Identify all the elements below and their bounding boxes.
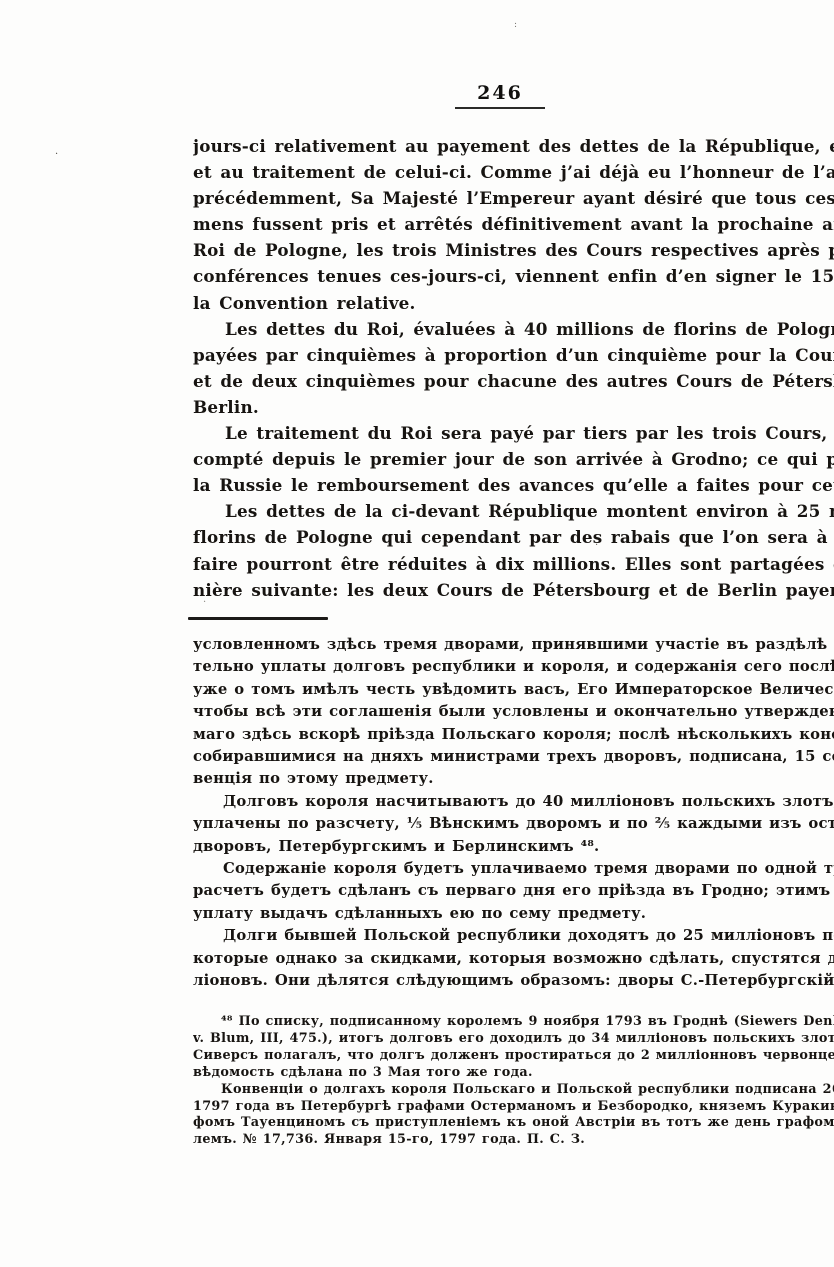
text-line: et au traitement de celui-ci. Comme j’ai… bbox=[193, 159, 834, 185]
scanned-book-page: : · · · 246 jours-ci relativement au pay… bbox=[0, 0, 834, 1267]
scan-speck-left-margin: · bbox=[55, 150, 58, 160]
text-line: nière suivante: les deux Cours de Péters… bbox=[193, 577, 834, 603]
text-line: et de deux cinquièmes pour chacune des a… bbox=[193, 368, 834, 394]
text-line: mens fussent pris et arrêtés définitivem… bbox=[193, 211, 834, 237]
text-line: la Convention relative. bbox=[193, 290, 834, 316]
french-text-block: jours-ci relativement au payement des de… bbox=[193, 133, 834, 603]
text-line: jours-ci relativement au payement des de… bbox=[193, 133, 834, 159]
text-line: дворовъ, Петербургскимъ и Берлинскимъ ⁴⁸… bbox=[193, 836, 834, 858]
text-line: которые однако за скидками, которыя возм… bbox=[193, 948, 834, 970]
text-line: Конвенціи о долгахъ короля Польскаго и П… bbox=[193, 1082, 834, 1099]
text-line: compté depuis le premier jour de son arr… bbox=[193, 446, 834, 472]
text-line: Сиверсъ полагалъ, что долгъ долженъ прос… bbox=[193, 1048, 834, 1065]
text-line: ⁴⁸ По списку, подписанному королемъ 9 но… bbox=[193, 1014, 834, 1031]
russian-translation-block: условленномъ здѣсь тремя дворами, приняв… bbox=[193, 634, 834, 993]
text-line: payées par cinquièmes à proportion d’un … bbox=[193, 342, 834, 368]
text-line: la Russie le remboursement des avances q… bbox=[193, 472, 834, 498]
page-number: 246 bbox=[455, 82, 545, 109]
text-line: 1797 года въ Петербургѣ графами Остерман… bbox=[193, 1099, 834, 1116]
text-line: Долговъ короля насчитываютъ до 40 милліо… bbox=[193, 791, 834, 813]
text-line: Les dettes du Roi, évaluées à 40 million… bbox=[193, 316, 834, 342]
footnote-block: ⁴⁸ По списку, подписанному королемъ 9 но… bbox=[193, 1014, 834, 1149]
text-line: уплачены по разсчету, ⅕ Вѣнскимъ дворомъ… bbox=[193, 813, 834, 835]
text-line: условленномъ здѣсь тремя дворами, приняв… bbox=[193, 634, 834, 656]
text-line: précédemment, Sa Majesté l’Empereur ayan… bbox=[193, 185, 834, 211]
page-header: 246 bbox=[452, 82, 548, 109]
text-line: лемъ. № 17,736. Января 15-го, 1797 года.… bbox=[193, 1132, 834, 1149]
text-line: собиравшимися на дняхъ министрами трехъ … bbox=[193, 746, 834, 768]
text-line: вѣдомость сдѣлана по 3 Мая того же года. bbox=[193, 1065, 834, 1082]
text-line: уплату выдачъ сдѣланныхъ ею по сему пред… bbox=[193, 903, 834, 925]
section-separator-rule bbox=[188, 617, 328, 620]
text-line: Le traitement du Roi sera payé par tiers… bbox=[193, 420, 834, 446]
scan-speck-top: : bbox=[514, 20, 517, 30]
text-line: ліоновъ. Они дѣлятся слѣдующимъ образомъ… bbox=[193, 970, 834, 992]
text-line: венція по этому предмету. bbox=[193, 768, 834, 790]
text-line: маго здѣсь вскорѣ пріѣзда Польскаго коро… bbox=[193, 724, 834, 746]
text-line: conférences tenues ces-jours-ci, viennen… bbox=[193, 263, 834, 289]
text-line: florins de Pologne qui cependant par des… bbox=[193, 524, 834, 550]
text-line: Долги бывшей Польской республики доходят… bbox=[193, 925, 834, 947]
text-line: faire pourront être réduites à dix milli… bbox=[193, 551, 834, 577]
text-line: Содержаніе короля будетъ уплачиваемо тре… bbox=[193, 858, 834, 880]
text-line: фомъ Тауенциномъ съ приступленіемъ къ он… bbox=[193, 1115, 834, 1132]
text-line: расчетъ будетъ сдѣланъ съ перваго дня ег… bbox=[193, 880, 834, 902]
text-line: Les dettes de la ci-devant République mo… bbox=[193, 498, 834, 524]
text-line: уже о томъ имѣлъ честь увѣдомить васъ, Е… bbox=[193, 679, 834, 701]
text-line: v. Blum, III, 475.), итогъ долговъ его д… bbox=[193, 1031, 834, 1048]
text-line: Berlin. bbox=[193, 394, 834, 420]
text-line: Roi de Pologne, les trois Ministres des … bbox=[193, 237, 834, 263]
text-line: чтобы всѣ эти соглашенія были условлены … bbox=[193, 701, 834, 723]
text-line: тельно уплаты долговъ республики и корол… bbox=[193, 656, 834, 678]
